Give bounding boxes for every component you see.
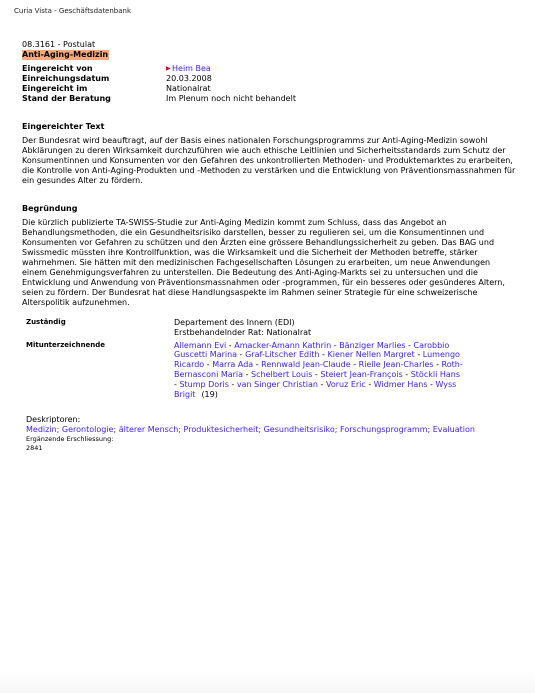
meta-value: Im Plenum noch nicht behandelt (166, 94, 296, 104)
business-detail: 08.3161 - Postulat Anti-Aging-Medizin Ei… (22, 40, 522, 453)
meta-label: Stand der Beratung (22, 94, 166, 104)
cosigner-link[interactable]: Steiert Jean-François (320, 370, 402, 379)
cosigner-separator: - (415, 350, 423, 359)
cosigner-separator: - (204, 360, 212, 369)
cosigner-link[interactable]: Marra Ada (212, 360, 253, 369)
descriptors-list: Medizin; Gerontologie; älterer Mensch; P… (26, 425, 522, 435)
cosigner-separator: - (434, 360, 442, 369)
meta-value: Nationalrat (166, 84, 296, 94)
business-number-type: 08.3161 - Postulat (22, 40, 522, 50)
cosigner-link[interactable]: van Singer Christian (237, 380, 318, 389)
responsible-department: Departement des Innern (EDI) (174, 318, 464, 328)
descriptor-link[interactable]: Forschungsprogramm (340, 425, 427, 434)
cosigner-separator: - (320, 350, 328, 359)
business-title: Anti-Aging-Medizin (22, 50, 109, 60)
meta-label: Eingereicht von (22, 64, 166, 74)
cosigner-separator: - (253, 360, 261, 369)
descriptor-link[interactable]: Produktesicherheit (184, 425, 259, 434)
meta-label: Einreichungsdatum (22, 74, 166, 84)
cosigner-link[interactable]: Rennwald Jean-Claude (261, 360, 350, 369)
cosigner-link[interactable]: Kiener Nellen Margret (328, 350, 415, 359)
meta-row: Einreichungsdatum20.03.2008 (22, 74, 296, 84)
cosigner-count: (19) (201, 390, 217, 399)
cosigner-link[interactable]: Rielle Jean-Charles (359, 360, 434, 369)
submitter-link[interactable]: Heim Bea (172, 64, 211, 73)
submitted-text-heading: Eingereichter Text (22, 122, 522, 132)
meta-row: Stand der BeratungIm Plenum noch nicht b… (22, 94, 296, 104)
cosigner-link[interactable]: Amacker-Amann Kathrin (234, 341, 331, 350)
descriptor-link[interactable]: Gerontologie (62, 425, 114, 434)
descriptor-link[interactable]: Gesundheitsrisiko (264, 425, 335, 434)
cosigners-label: Mitunterzeichnende (22, 341, 174, 400)
info-table: Zuständig Departement des Innern (EDI) E… (22, 318, 464, 399)
cosigner-link[interactable]: Voruz Eric (326, 380, 366, 389)
submitted-text-body: Der Bundesrat wird beauftragt, auf der B… (22, 136, 517, 186)
responsibility-row: Zuständig Departement des Innern (EDI) E… (22, 318, 464, 338)
cosigner-separator: - (318, 380, 326, 389)
cosigner-link[interactable]: Widmer Hans (374, 380, 428, 389)
cosigner-separator: - (406, 341, 414, 350)
cosigner-separator: - (243, 370, 251, 379)
meta-row: Eingereicht imNationalrat (22, 84, 296, 94)
cosigner-separator: - (237, 350, 245, 359)
meta-row: Eingereicht von▶Heim Bea (22, 64, 296, 74)
cosigner-link[interactable]: Stöckli Hans (411, 370, 460, 379)
cosigner-link[interactable]: Bänziger Marlies (339, 341, 405, 350)
cosigner-link[interactable]: Schelbert Louis (251, 370, 312, 379)
first-council: Erstbehandelnder Rat: Nationalrat (174, 328, 464, 338)
page-header: Curia Vista - Geschäftsdatenbank (14, 7, 131, 15)
cosigner-separator: - (331, 341, 339, 350)
cosigners-row: Mitunterzeichnende Allemann Evi - Amacke… (22, 341, 464, 400)
cosigner-link[interactable]: Graf-Litscher Edith (245, 350, 319, 359)
supplementary-value: 2841 (26, 444, 522, 453)
cosigners-list: Allemann Evi - Amacker-Amann Kathrin - B… (174, 341, 464, 400)
cosigner-separator: - (403, 370, 411, 379)
descriptor-link[interactable]: Medizin (26, 425, 57, 434)
cosigner-link[interactable]: Allemann Evi (174, 341, 226, 350)
justification-body: Die kürzlich publizierte TA-SWISS-Studie… (22, 218, 517, 308)
cosigner-separator: - (366, 380, 374, 389)
cosigner-separator: - (428, 380, 436, 389)
meta-value: 20.03.2008 (166, 74, 296, 84)
descriptor-link[interactable]: älterer Mensch (119, 425, 179, 434)
cosigner-link[interactable]: Stump Doris (179, 380, 228, 389)
supplementary-label: Ergänzende Erschliessung: (26, 435, 522, 444)
cosigner-separator: - (229, 380, 237, 389)
cosigner-separator: - (351, 360, 359, 369)
responsibility-label: Zuständig (22, 318, 174, 338)
justification-heading: Begründung (22, 204, 522, 214)
descriptor-link[interactable]: Evaluation (433, 425, 475, 434)
descriptors-section: Deskriptoren: Medizin; Gerontologie; ält… (22, 415, 522, 453)
descriptors-label: Deskriptoren: (26, 415, 522, 425)
meta-label: Eingereicht im (22, 84, 166, 94)
meta-table: Eingereicht von▶Heim BeaEinreichungsdatu… (22, 64, 296, 104)
